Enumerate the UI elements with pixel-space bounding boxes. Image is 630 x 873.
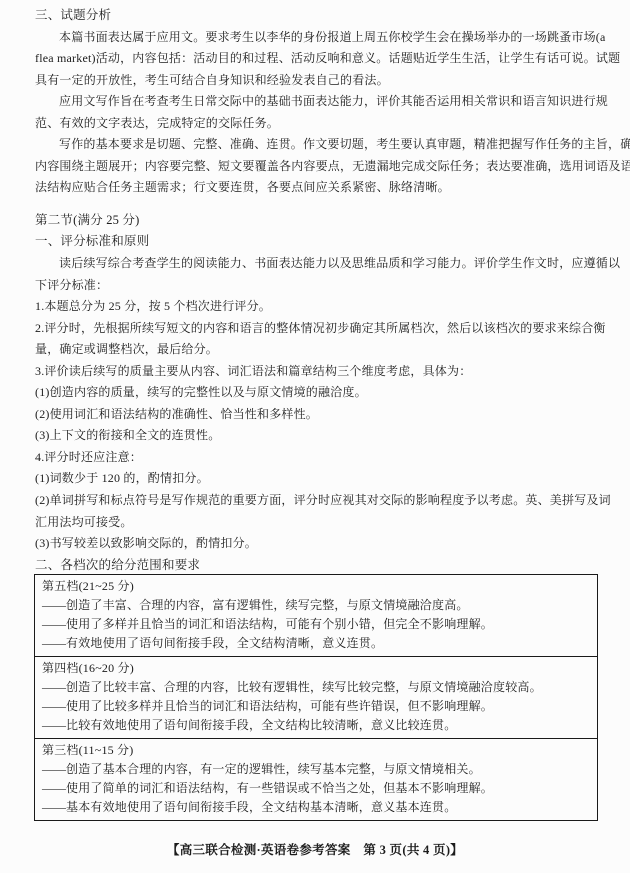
text-line: 4.评分时还应注意： — [35, 447, 601, 469]
page-footer: 【高三联合检测·英语卷参考答案 第 3 页(共 4 页)】 — [0, 840, 630, 858]
bullet-dash: —— — [42, 762, 66, 776]
rubric-band-title: 第四档(16~20 分) — [42, 659, 591, 678]
rubric-bullet-row: ——创造了比较丰富、合理的内容，比较有逻辑性，续写比较完整，与原文情境融洽度较高… — [42, 678, 591, 697]
rubric-bullet-row: ——基本有效地使用了语句间衔接手段，全文结构基本清晰，意义基本连贯。 — [42, 798, 591, 817]
text-line: 本篇书面表达属于应用文。要求考生以李华的身份报道上周五你校学生会在操场举办的一场… — [35, 27, 601, 49]
rubric-bullet-row: ——有效地使用了语句间衔接手段，全文结构清晰，意义连贯。 — [42, 634, 591, 653]
section-heading: 二、各档次的给分范围和要求 — [35, 555, 601, 577]
bullet-text: 创造了丰富、合理的内容，富有逻辑性，续写完整，与原文情境融洽度高。 — [66, 598, 469, 612]
bullet-dash: —— — [42, 598, 66, 612]
section-heading: 三、试题分析 — [35, 5, 601, 27]
bullet-text: 创造了比较丰富、合理的内容，比较有逻辑性，续写比较完整，与原文情境融洽度较高。 — [66, 680, 542, 694]
bullet-dash: —— — [42, 781, 66, 795]
bullet-text: 创造了基本合理的内容，有一定的逻辑性，续写基本完整，与原文情境相关。 — [66, 762, 481, 776]
paragraph-spacer — [35, 199, 601, 210]
rubric-band: 第五档(21~25 分)——创造了丰富、合理的内容，富有逻辑性，续写完整，与原文… — [35, 575, 597, 656]
text-line: 读后续写综合考查学生的阅读能力、书面表达能力以及思维品质和学习能力。评价学生作文… — [35, 253, 601, 275]
document-page: 三、试题分析本篇书面表达属于应用文。要求考生以李华的身份报道上周五你校学生会在操… — [0, 0, 630, 873]
rubric-bullet-row: ——创造了丰富、合理的内容，富有逻辑性，续写完整，与原文情境融洽度高。 — [42, 596, 591, 615]
bullet-text: 使用了简单的词汇和语法结构，有一些错误或不恰当之处，但基本不影响理解。 — [66, 781, 493, 795]
bullet-text: 有效地使用了语句间衔接手段，全文结构清晰，意义连贯。 — [66, 636, 383, 650]
bullet-text: 使用了比较多样并且恰当的词汇和语法结构，可能有些许错误，但不影响理解。 — [66, 699, 493, 713]
text-line: (3)书写较差以致影响交际的，酌情扣分。 — [35, 533, 601, 555]
rubric-bullet-row: ——创造了基本合理的内容，有一定的逻辑性，续写基本完整，与原文情境相关。 — [42, 760, 591, 779]
text-line: 法结构应贴合任务主题需求；行文要连贯，各要点间应关系紧密、脉络清晰。 — [35, 177, 601, 199]
text-line: (1)创造内容的质量，续写的完整性以及与原文情境的融洽度。 — [35, 382, 601, 404]
bullet-dash: —— — [42, 636, 66, 650]
bullet-dash: —— — [42, 718, 66, 732]
text-line: 汇用法均可接受。 — [35, 512, 601, 534]
rubric-band: 第三档(11~15 分)——创造了基本合理的内容，有一定的逻辑性，续写基本完整，… — [35, 738, 597, 820]
bullet-dash: —— — [42, 680, 66, 694]
rubric-bullet-row: ——比较有效地使用了语句间衔接手段，全文结构比较清晰，意义比较连贯。 — [42, 716, 591, 735]
footer-text: 【高三联合检测·英语卷参考答案 第 3 页(共 4 页)】 — [167, 843, 463, 857]
text-line: (2)单词拼写和标点符号是写作规范的重要方面，评分时应视其对交际的影响程度予以考… — [35, 490, 601, 512]
rubric-band-title: 第三档(11~15 分) — [42, 741, 591, 760]
rubric-band-title: 第五档(21~25 分) — [42, 577, 591, 596]
bullet-dash: —— — [42, 800, 66, 814]
text-line: 应用文写作旨在考查考生日常交际中的基础书面表达能力，评价其能否运用相关常识和语言… — [35, 91, 601, 113]
bullet-dash: —— — [42, 617, 66, 631]
text-line: 具有一定的开放性，考生可结合自身知识和经验发表自己的看法。 — [35, 70, 601, 92]
text-line: 量，确定或调整档次，最后给分。 — [35, 339, 601, 361]
section-heading: 第二节(满分 25 分) — [35, 210, 601, 232]
text-line: 写作的基本要求是切题、完整、准确、连贯。作文要切题，考生要认真审题，精准把握写作… — [35, 134, 601, 156]
rubric-bullet-row: ——使用了简单的词汇和语法结构，有一些错误或不恰当之处，但基本不影响理解。 — [42, 779, 591, 798]
rubric-band: 第四档(16~20 分)——创造了比较丰富、合理的内容，比较有逻辑性，续写比较完… — [35, 656, 597, 738]
text-line: (2)使用词汇和语法结构的准确性、恰当性和多样性。 — [35, 404, 601, 426]
bullet-dash: —— — [42, 699, 66, 713]
grade-rubric-table: 第五档(21~25 分)——创造了丰富、合理的内容，富有逻辑性，续写完整，与原文… — [34, 574, 598, 821]
bullet-text: 基本有效地使用了语句间衔接手段，全文结构基本清晰，意义基本连贯。 — [66, 800, 456, 814]
text-line: (1)词数少于 120 的，酌情扣分。 — [35, 468, 601, 490]
bullet-text: 比较有效地使用了语句间衔接手段，全文结构比较清晰，意义比较连贯。 — [66, 718, 456, 732]
text-line: (3)上下文的衔接和全文的连贯性。 — [35, 425, 601, 447]
text-line: flea market)活动，内容包括：活动目的和过程、活动反响和意义。话题贴近… — [35, 48, 601, 70]
text-line: 下评分标准： — [35, 275, 601, 297]
section-heading: 一、评分标准和原则 — [35, 231, 601, 253]
text-line: 内容围绕主题展开；内容要完整、短文要覆盖各内容要点，无遗漏地完成交际任务；表达要… — [35, 156, 601, 178]
document-body: 三、试题分析本篇书面表达属于应用文。要求考生以李华的身份报道上周五你校学生会在操… — [35, 5, 601, 576]
rubric-bullet-row: ——使用了比较多样并且恰当的词汇和语法结构，可能有些许错误，但不影响理解。 — [42, 697, 591, 716]
bullet-text: 使用了多样并且恰当的词汇和语法结构，可能有个别小错，但完全不影响理解。 — [66, 617, 493, 631]
text-line: 3.评价读后续写的质量主要从内容、词汇语法和篇章结构三个维度考虑，具体为： — [35, 361, 601, 383]
text-line: 范、有效的文字表达，完成特定的交际任务。 — [35, 113, 601, 135]
text-line: 1.本题总分为 25 分，按 5 个档次进行评分。 — [35, 296, 601, 318]
rubric-bullet-row: ——使用了多样并且恰当的词汇和语法结构，可能有个别小错，但完全不影响理解。 — [42, 615, 591, 634]
text-line: 2.评分时，先根据所续写短文的内容和语言的整体情况初步确定其所属档次，然后以该档… — [35, 318, 601, 340]
